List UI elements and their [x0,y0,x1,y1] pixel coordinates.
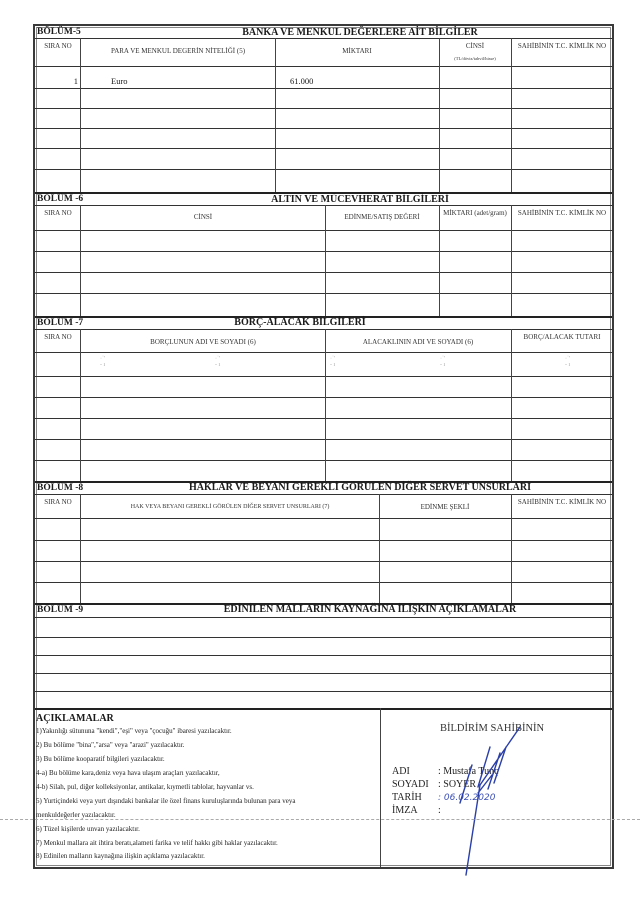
s5-header-sira: SIRA NO [37,41,79,52]
note-item: 5) Yurtiçindeki veya yurt dışındaki bank… [36,797,295,805]
section-9-label: BÖLÜM -9 [37,605,83,615]
notes-title: AÇIKLAMALAR [36,713,114,724]
note-item: 4-b) Silah, pul, diğer kolleksiyonlar, a… [36,783,254,791]
note-item: 8) Edinilen malların kaynağına ilişkin a… [36,852,205,860]
s5-header-cinsi: CİNSİ [440,41,510,52]
note-item: 3) Bu bölüme kooparatif bilgileri yazıla… [36,755,165,763]
section-8-label: BÖLÜM -8 [37,483,83,493]
note-item: 7) Menkul mallara ait ihtira beratı,alam… [36,839,278,847]
section-9-title: EDİNİLEN MALLARIN KAYNAĞINA İLİŞKİN AÇIK… [150,604,590,615]
s5-header-sahibi: SAHİBİNİN T.C. KİMLİK NO [512,41,612,52]
s6-header-miktar: MİKTARI (adet/gram) [440,208,510,219]
section-8-title: HAKLAR VE BEYANI GEREKLİ GÖRÜLEN DİĞER S… [140,482,580,493]
section-6-title: ALTIN VE MÜCEVHERAT BİLGİLERİ [150,194,570,205]
faint-mark: ·ˈ'‐ ı [215,356,220,368]
s7-header-alacakli: ALACAKLININ ADI VE SOYADI (6) [326,337,510,348]
s8-header-edinme: EDİNME ŞEKLİ [380,502,510,513]
section-7-label: BÖLÜM -7 [37,318,83,328]
s5-row1-miktar: 61.000 [290,76,313,86]
s8-header-sira: SIRA NO [37,497,79,508]
scan-fold-line [0,819,640,820]
s6-header-cinsi: CİNSİ [82,212,324,223]
s5-header-nitelik: PARA VE MENKUL DEGERİN NİTELİĞİ (5) [82,46,274,57]
note-item: 2) Bu bölüme "bina","arsa" veya "arazi" … [36,741,185,749]
section-7-title: BORÇ-ALACAK BİLGİLERİ [150,317,450,328]
faint-mark: ·ˈ'‐ ı [330,356,335,368]
note-item: menkuldeğerler yazılacaktır. [36,811,116,819]
s6-header-edinme: EDİNME/SATIŞ DEĞERİ [326,212,438,223]
s5-row1-sira: 1 [40,76,78,86]
faint-mark: ·ˈ'‐ ı [100,356,105,368]
section-5-title: BANKA VE MENKUL DEĞERLERE AİT BİLGİLER [150,27,570,38]
faint-mark: ·ˈ'‐ ı [565,356,570,368]
section-6-label: BÖLÜM -6 [37,194,83,204]
s5-row1-nitelik: Euro [111,76,128,86]
s7-header-tutar: BORÇ/ALACAK TUTARI [512,332,612,343]
s6-header-sahibi: SAHİBİNİN T.C. KİMLİK NO [512,208,612,219]
s8-header-sahibi: SAHİBİNİN T.C. KİMLİK NO [512,497,612,508]
section-5-label: BÖLÜM-5 [37,27,81,37]
faint-mark: ·ˈ'‐ ı [440,356,445,368]
s7-header-sira: SIRA NO [37,332,79,343]
s8-header-hak: HAK VEYA BEYANI GEREKLİ GÖRÜLEN DİĞER SE… [82,502,378,513]
s6-header-sira: SIRA NO [37,208,79,219]
s5-header-cinsi-sub: (TL/döviz/tahvil/hisse) [440,53,510,64]
s7-header-borclu: BORÇLUNUN ADI VE SOYADI (6) [82,337,324,348]
s5-header-miktar: MİKTARI [276,46,438,57]
note-item: 4-a) Bu bölüme kara,deniz veya hava ulaş… [36,769,220,777]
signature-icon [430,725,540,885]
note-item: 1)Yakınlığı sütununa "kendi","eşi" veya … [36,727,232,735]
note-item: 6) Tüzel kişilerde unvan yazılacaktır. [36,825,140,833]
